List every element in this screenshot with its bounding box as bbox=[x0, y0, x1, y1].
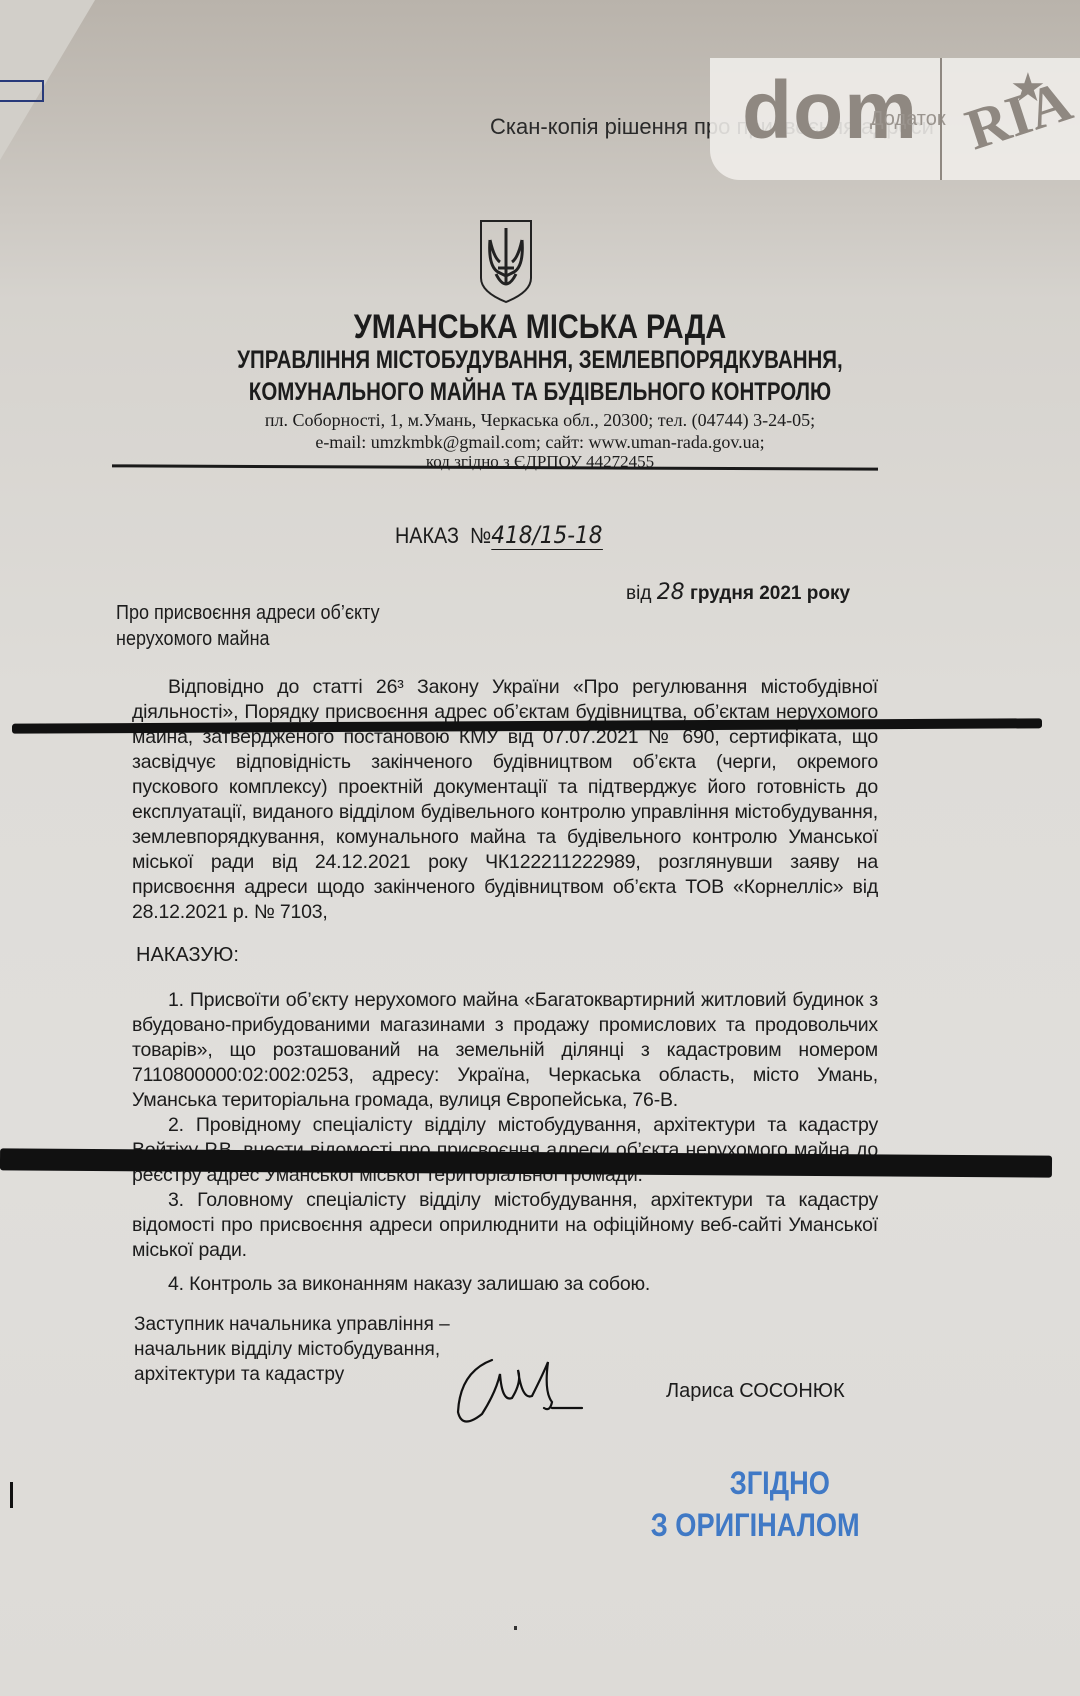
position-line2: начальник відділу містобудування, bbox=[134, 1337, 450, 1362]
item-number: 4. bbox=[168, 1273, 184, 1295]
stamp-line2: З ОРИГІНАЛОМ bbox=[651, 1504, 860, 1546]
council-address: пл. Соборності, 1, м.Умань, Черкаська об… bbox=[0, 410, 1080, 431]
watermark-divider bbox=[940, 58, 942, 180]
position-line1: Заступник начальника управління – bbox=[134, 1312, 450, 1337]
signatory-name: Лариса СОСОНЮК bbox=[666, 1380, 845, 1403]
paper-speck bbox=[514, 1626, 517, 1630]
certified-copy-stamp: ЗГІДНО З ОРИГІНАЛОМ bbox=[700, 1462, 860, 1546]
order-subject: Про присвоєння адреси об’єкту нерухомого… bbox=[116, 600, 380, 652]
watermark-ria-logo: RIA bbox=[958, 67, 1080, 164]
handwritten-signature-icon bbox=[452, 1352, 592, 1432]
trident-emblem-icon bbox=[478, 218, 534, 304]
order-directive: НАКАЗУЮ: bbox=[136, 944, 239, 967]
item-number: 2. bbox=[168, 1114, 184, 1136]
order-item-3: 3. Головному спеціалісту відділу містобу… bbox=[132, 1188, 878, 1263]
council-title: УМАНСЬКА МІСЬКА РАДА bbox=[81, 308, 999, 347]
order-number: 418/15-18 bbox=[491, 521, 602, 550]
department-name-line1: УПРАВЛІННЯ МІСТОБУДУВАННЯ, ЗЕМЛЕВПОРЯДКУ… bbox=[97, 346, 983, 375]
department-name-line2: КОМУНАЛЬНОГО МАЙНА ТА БУДІВЕЛЬНОГО КОНТР… bbox=[97, 378, 983, 407]
watermark-podatok-text: Додаток bbox=[870, 108, 946, 131]
order-number-sign: № bbox=[470, 523, 491, 548]
order-item-4: 4. Контроль за виконанням наказу залишаю… bbox=[132, 1272, 878, 1297]
order-item-1: 1. Присвоїти об’єкту нерухомого майна «Б… bbox=[132, 988, 878, 1113]
subject-line2: нерухомого майна bbox=[116, 626, 380, 652]
council-contacts: e-mail: umzkmbk@gmail.com; сайт: www.uma… bbox=[0, 432, 1080, 453]
date-day: 28 bbox=[657, 580, 685, 605]
stamp-line1: ЗГІДНО bbox=[700, 1462, 860, 1504]
date-month-year: грудня 2021 року bbox=[690, 583, 850, 604]
item-text: Головному спеціалісту відділу містобудув… bbox=[132, 1189, 878, 1261]
item-number: 1. bbox=[168, 989, 184, 1011]
position-line3: архітектури та кадастру bbox=[134, 1362, 450, 1387]
item-text: Присвоїти об’єкту нерухомого майна «Бага… bbox=[132, 989, 878, 1111]
signatory-position: Заступник начальника управління – началь… bbox=[134, 1312, 450, 1387]
order-date: від 28 грудня 2021 року bbox=[626, 580, 850, 605]
preamble-paragraph: Відповідно до статті 26³ Закону України … bbox=[132, 675, 878, 925]
date-prefix: від bbox=[626, 583, 651, 604]
item-number: 3. bbox=[168, 1189, 184, 1211]
dom-ria-watermark: dom Додаток ★ RIA bbox=[710, 58, 1080, 180]
margin-mark bbox=[10, 1482, 13, 1508]
order-label: НАКАЗ bbox=[395, 523, 459, 548]
background-ink-mark bbox=[0, 80, 44, 102]
item-text: Контроль за виконанням наказу залишаю за… bbox=[189, 1273, 650, 1295]
order-heading: НАКАЗ №418/15-18 bbox=[395, 521, 603, 549]
subject-line1: Про присвоєння адреси об’єкту bbox=[116, 600, 380, 626]
